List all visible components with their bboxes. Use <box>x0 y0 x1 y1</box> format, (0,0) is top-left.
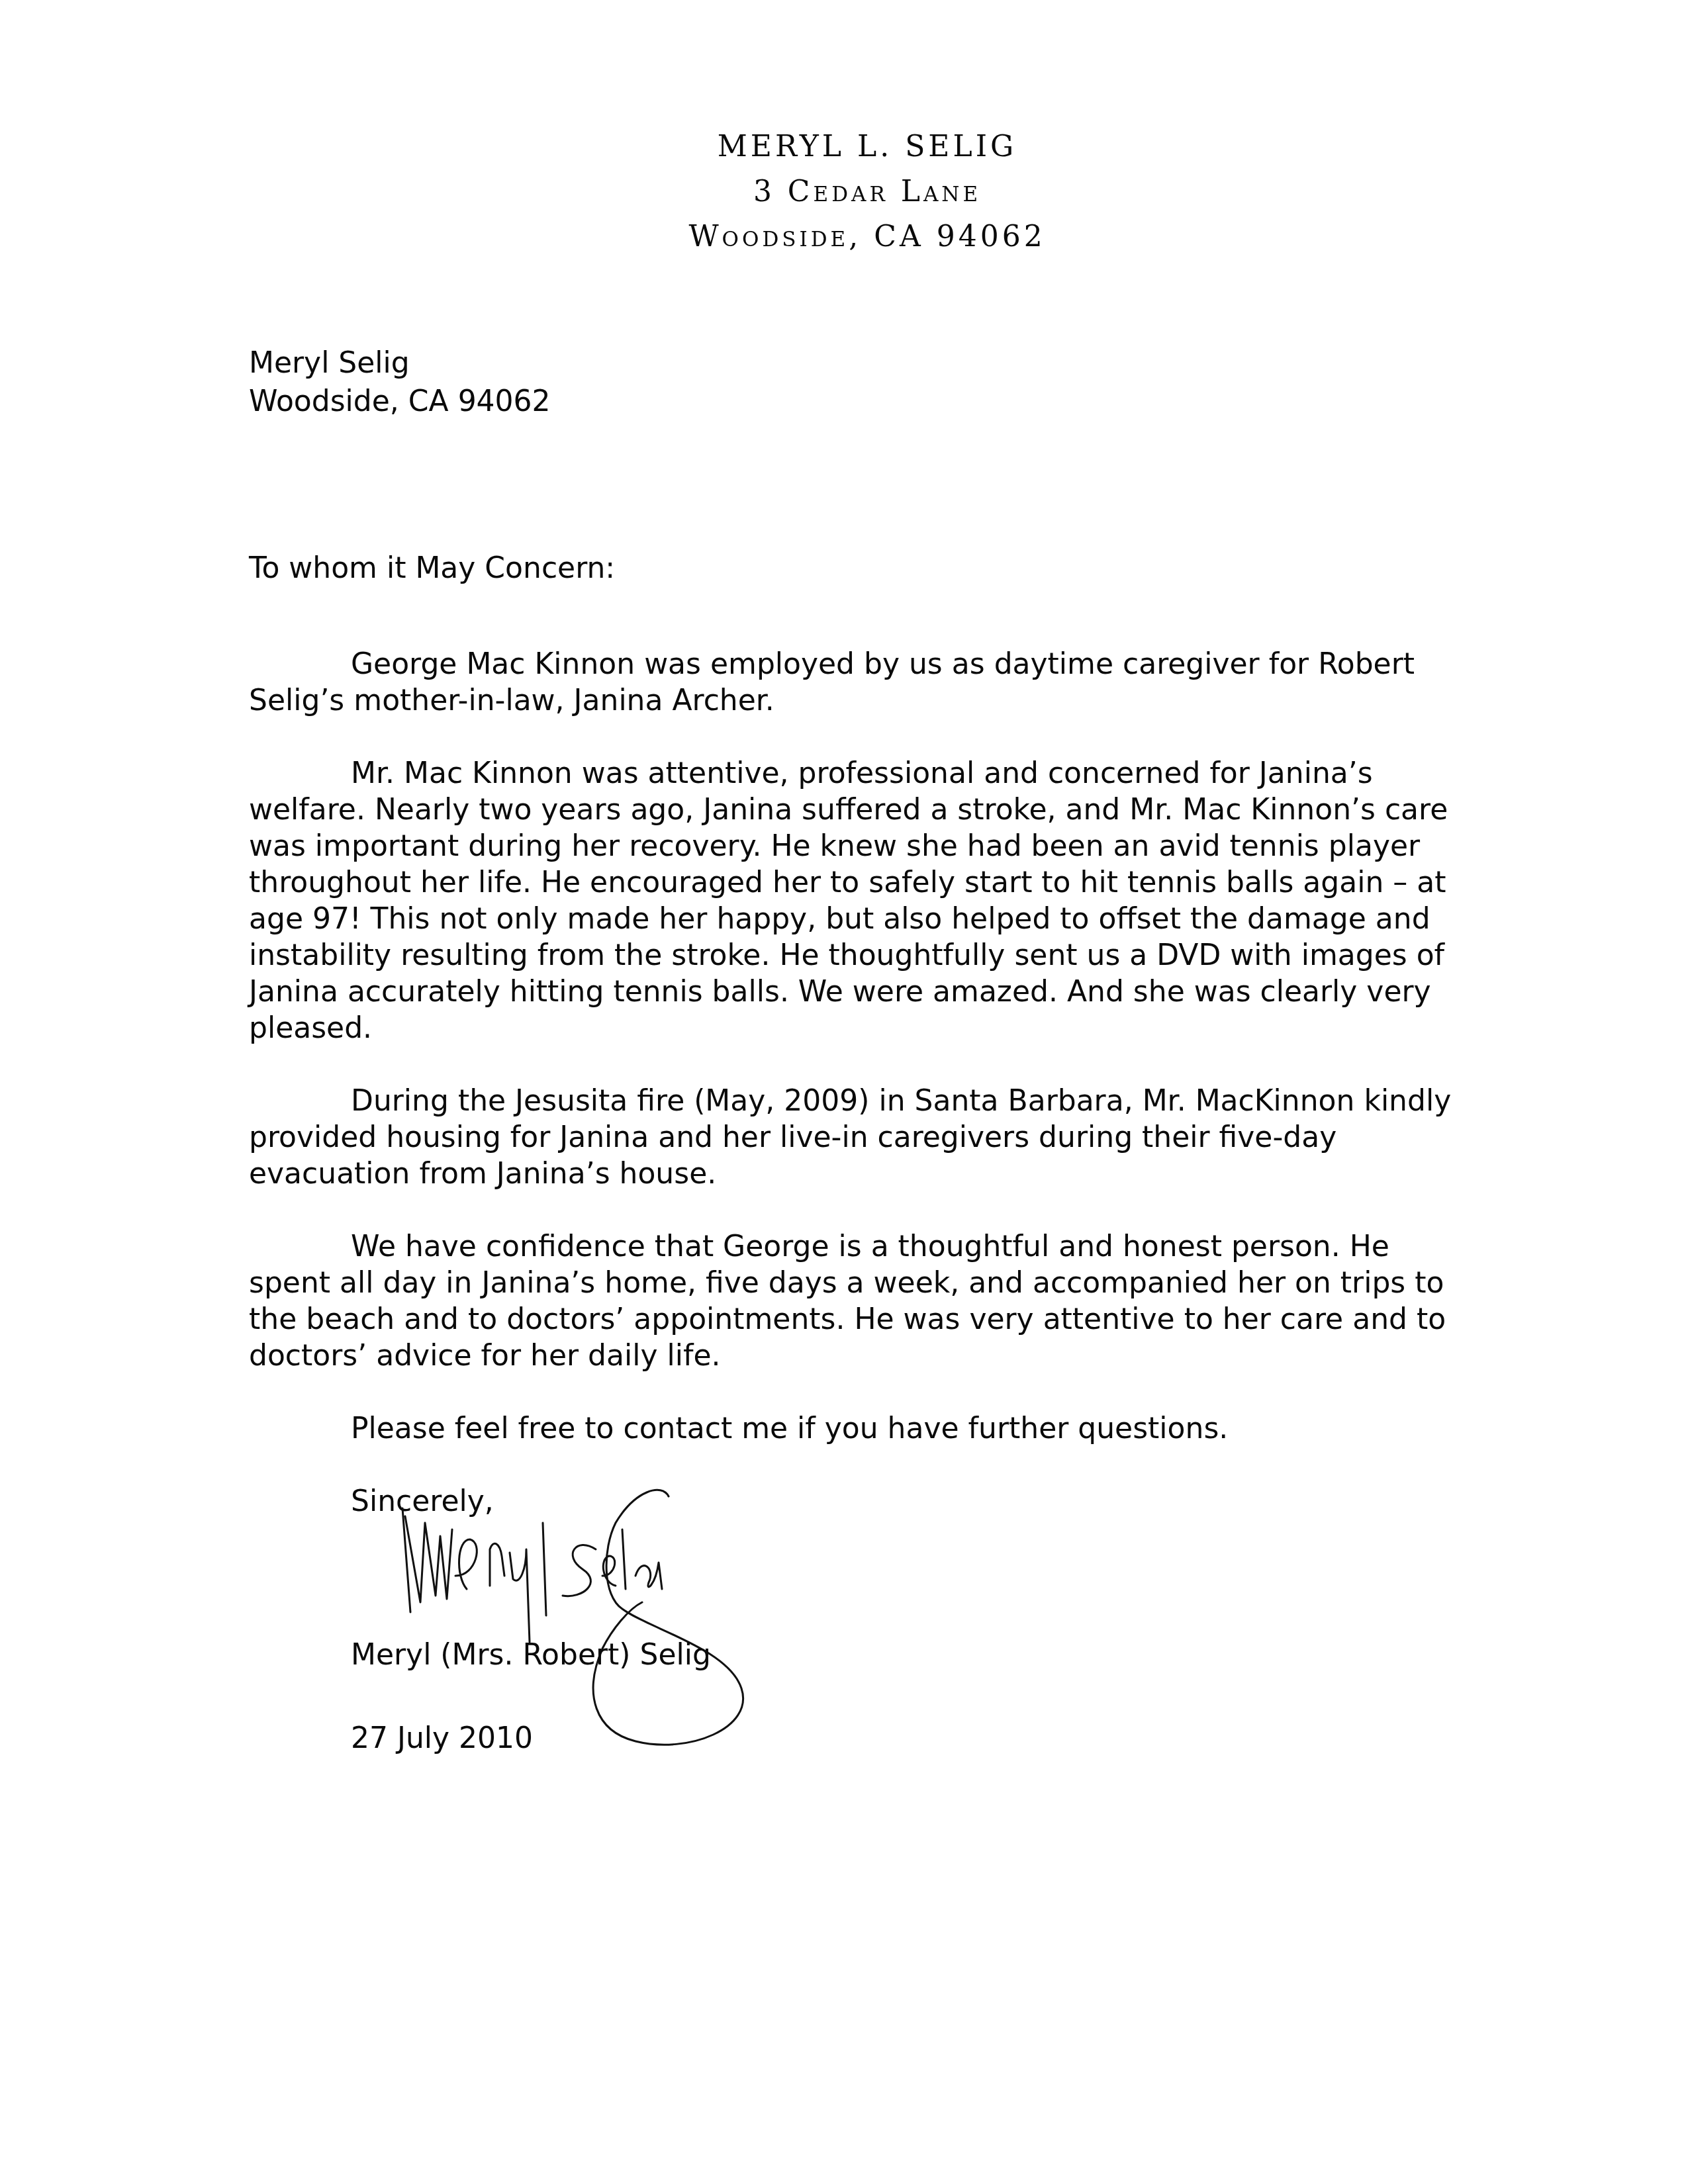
letterhead-street: 3 Cedar Lane <box>0 169 1688 214</box>
sender-address: Meryl Selig Woodside, CA 94062 <box>249 344 1460 421</box>
handwritten-signature <box>384 1477 847 1794</box>
paragraph-fire: During the Jesusita fire (May, 2009) in … <box>249 1083 1460 1192</box>
letterhead-city: Woodside, CA 94062 <box>0 214 1688 259</box>
sender-name: Meryl Selig <box>249 344 1460 383</box>
signer-name: Meryl (Mrs. Robert) Selig <box>351 1637 711 1673</box>
signature-block: Sincerely, Meryl (Mrs. Robert) Selig <box>351 1483 1460 1708</box>
letter-body: Meryl Selig Woodside, CA 94062 To whom i… <box>249 344 1460 1756</box>
paragraph-confidence: We have confidence that George is a thou… <box>249 1228 1460 1374</box>
letterhead-name: MERYL L. SELIG <box>0 124 1688 169</box>
paragraph-employment: George Mac Kinnon was employed by us as … <box>249 646 1460 719</box>
sender-city: Woodside, CA 94062 <box>249 383 1460 421</box>
letterhead: MERYL L. SELIG 3 Cedar Lane Woodside, CA… <box>0 124 1688 259</box>
paragraph-care: Mr. Mac Kinnon was attentive, profession… <box>249 755 1460 1046</box>
paragraph-contact: Please feel free to contact me if you ha… <box>249 1410 1460 1447</box>
salutation: To whom it May Concern: <box>249 550 1460 586</box>
